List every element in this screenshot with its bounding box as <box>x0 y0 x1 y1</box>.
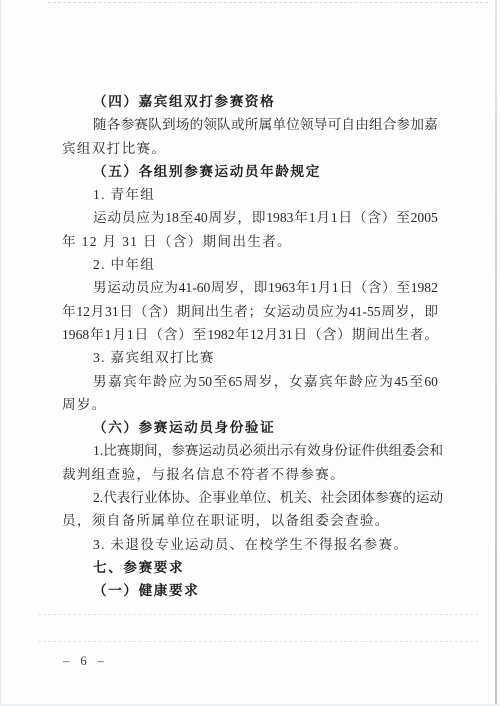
text-line: 1968年1月1日（含）至1982年12月31日（含）期间出生者。 <box>62 323 438 346</box>
text-line: 年 12 月 31 日（含）期间出生者。 <box>62 230 438 253</box>
text-line: 随各参赛队到场的领队或所属单位领导可自由组合参加嘉 <box>62 113 438 136</box>
page-number: – 6 – <box>63 653 108 669</box>
scan-artifact-top-dashed-line <box>48 2 488 3</box>
text-line: 2.代表行业体协、企事业单位、机关、社会团体参赛的运动 <box>62 486 438 509</box>
text-line: 员，须自备所属单位在职证明，以备组委会查验。 <box>62 509 438 532</box>
section-heading: （五）各组别参赛运动员年龄规定 <box>62 160 438 183</box>
scan-artifact-left-edge <box>0 0 1 706</box>
text-line: 裁判组查验，与报名信息不符者不得参赛。 <box>62 463 438 486</box>
section-heading: （一）健康要求 <box>62 579 438 602</box>
section-heading: 七、参赛要求 <box>62 556 438 579</box>
text-line: 1.比赛期间，参赛运动员必须出示有效身份证件供组委会和 <box>62 439 438 462</box>
section-heading: （六）参赛运动员身份验证 <box>62 416 438 439</box>
section-heading: （四）嘉宾组双打参赛资格 <box>62 90 438 113</box>
text-line: 1. 青年组 <box>62 183 438 206</box>
scan-artifact-faint-dashed-line <box>38 641 478 642</box>
text-line: 周岁。 <box>62 393 438 416</box>
scan-artifact-right-edge <box>495 0 497 706</box>
scanned-document-page: （四）嘉宾组双打参赛资格随各参赛队到场的领队或所属单位领导可自由组合参加嘉宾组双… <box>0 0 500 706</box>
text-line: 宾组双打比赛。 <box>62 137 438 160</box>
text-line: 2. 中年组 <box>62 253 438 276</box>
text-line: 男嘉宾年龄应为50至65周岁，女嘉宾年龄应为45至60 <box>62 370 438 393</box>
text-block: （四）嘉宾组双打参赛资格随各参赛队到场的领队或所属单位领导可自由组合参加嘉宾组双… <box>62 90 438 603</box>
scan-artifact-faint-dashed-line <box>38 614 478 615</box>
text-line: 年12月31日（含）期间出生者；女运动员应为41-55周岁，即 <box>62 300 438 323</box>
text-line: 3. 未退役专业运动员、在校学生不得报名参赛。 <box>62 533 438 556</box>
text-line: 男运动员应为41-60周岁，即1963年1月1日（含）至1982 <box>62 276 438 299</box>
text-line: 3. 嘉宾组双打比赛 <box>62 346 438 369</box>
text-line: 运动员应为18至40周岁，即1983年1月1日（含）至2005 <box>62 206 438 229</box>
